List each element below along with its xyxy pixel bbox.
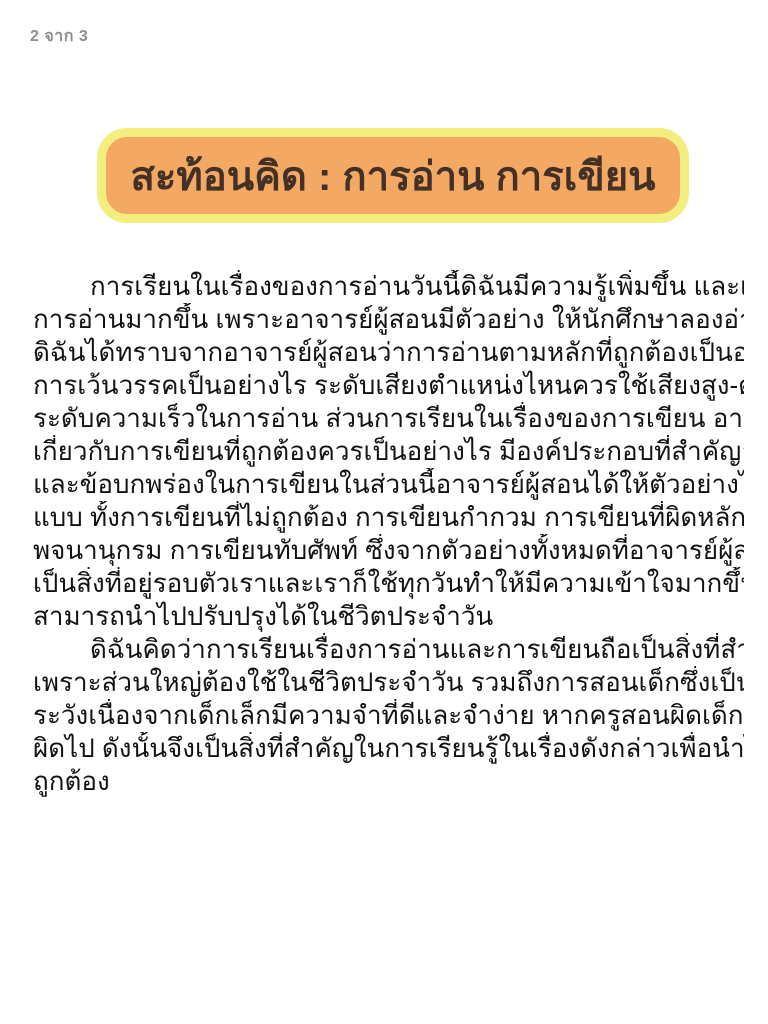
text-line: ถูกต้อง	[33, 765, 744, 798]
text-line: การเว้นวรรคเป็นอย่างไร ระดับเสียงตำแหน่ง…	[33, 369, 744, 402]
paragraph: ดิฉันคิดว่าการเรียนเรื่องการอ่านและการเข…	[33, 633, 744, 798]
title-banner: สะท้อนคิด : การอ่าน การเขียน	[97, 128, 689, 223]
text-line: ผิดไป ดังนั้นจึงเป็นสิ่งที่สำคัญในการเรี…	[33, 732, 744, 765]
text-line: ดิฉันคิดว่าการเรียนเรื่องการอ่านและการเข…	[33, 633, 744, 666]
page-indicator: 2 จาก 3	[30, 24, 88, 49]
text-line: เกี่ยวกับการเขียนที่ถูกต้องควรเป็นอย่างไ…	[33, 435, 744, 468]
body-text: การเรียนในเรื่องของการอ่านวันนี้ดิฉันมีค…	[33, 270, 744, 798]
text-line: การเรียนในเรื่องของการอ่านวันนี้ดิฉันมีค…	[33, 270, 744, 303]
paragraph: การเรียนในเรื่องของการอ่านวันนี้ดิฉันมีค…	[33, 270, 744, 633]
page-title: สะท้อนคิด : การอ่าน การเขียน	[131, 144, 656, 208]
text-line: พจนานุกรม การเขียนทับศัพท์ ซึ่งจากตัวอย่…	[33, 534, 744, 567]
text-line: และข้อบกพร่องในการเขียนในส่วนนี้อาจารย์ผ…	[33, 468, 744, 501]
document-page: 2 จาก 3 สะท้อนคิด : การอ่าน การเขียน การ…	[0, 0, 768, 1024]
text-line: ระวังเนื่องจากเด็กเล็กมีความจำที่ดีและจำ…	[33, 699, 744, 732]
text-line: เพราะส่วนใหญ่ต้องใช้ในชีวิตประจำวัน รวมถ…	[33, 666, 744, 699]
text-line: สามารถนำไปปรับปรุงได้ในชีวิตประจำวัน	[33, 600, 744, 633]
text-line: ระดับความเร็วในการอ่าน ส่วนการเรียนในเรื…	[33, 402, 744, 435]
text-line: เป็นสิ่งที่อยู่รอบตัวเราและเราก็ใช้ทุกวั…	[33, 567, 744, 600]
text-line: ดิฉันได้ทราบจากอาจารย์ผู้สอนว่าการอ่านตา…	[33, 336, 744, 369]
text-line: การอ่านมากขึ้น เพราะอาจารย์ผู้สอนมีตัวอย…	[33, 303, 744, 336]
text-line: แบบ ทั้งการเขียนที่ไม่ถูกต้อง การเขียนกำ…	[33, 501, 744, 534]
